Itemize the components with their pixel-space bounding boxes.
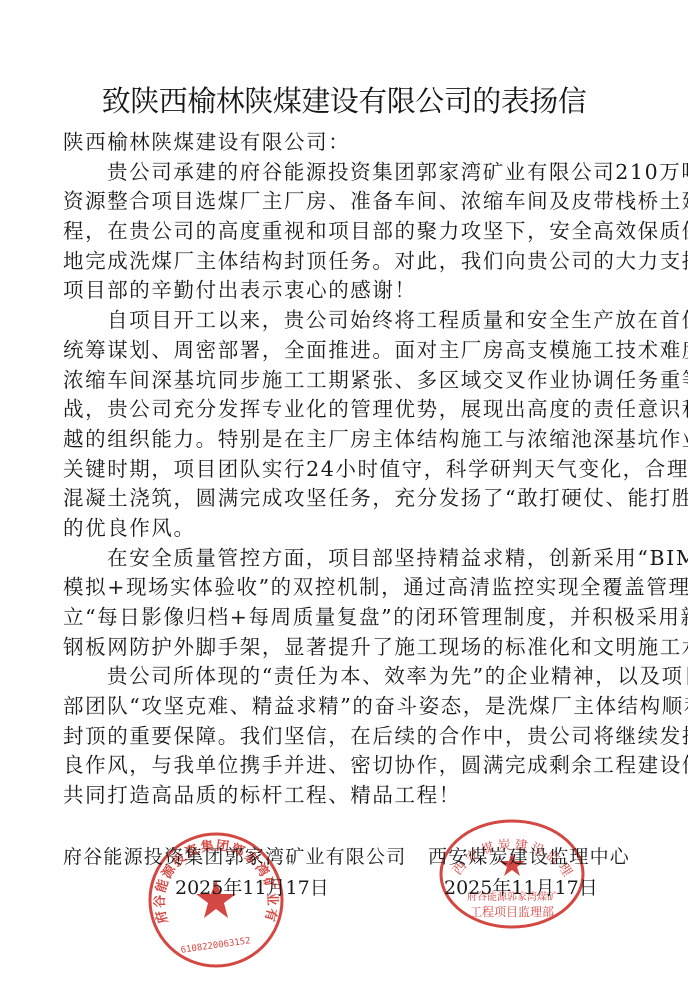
body-line: 钢板网防护外脚手架，显著提升了施工现场的标准化和文明施工水平。	[63, 633, 623, 663]
body-line: 资源整合项目选煤厂主厂房、准备车间、浓缩车间及皮带栈桥土建工	[63, 187, 623, 217]
body-line: 良作风，与我单位携手并进、密切协作，圆满完成剩余工程建设任务，	[63, 751, 623, 781]
body-line: 自项目开工以来，贵公司始终将工程质量和安全生产放在首位，	[63, 306, 623, 336]
body-line: 程，在贵公司的高度重视和项目部的聚力攻坚下，安全高效保质保量	[63, 217, 623, 247]
body-line: 部团队“攻坚克难、精益求精”的奋斗姿态，是洗煤厂主体结构顺利	[63, 692, 623, 722]
body-line: 贵公司承建的府谷能源投资集团郭家湾矿业有限公司210万吨/年	[63, 158, 623, 188]
body-line: 项目部的辛勤付出表示衷心的感谢！	[63, 276, 623, 306]
body-lines: 贵公司承建的府谷能源投资集团郭家湾矿业有限公司210万吨/年资源整合项目选煤厂主…	[63, 158, 623, 811]
body-line: 封顶的重要保障。我们坚信，在后续的合作中，贵公司将继续发扬优	[63, 722, 623, 752]
body-line: 越的组织能力。特别是在主厂房主体结构施工与浓缩池深基坑作业的	[63, 425, 623, 455]
seal-ellipse-icon: 西安煤炭建设监理中心 府谷能源郭家湾煤矿 工程项目监理部	[438, 818, 586, 930]
body-line: 战，贵公司充分发挥专业化的管理优势，展现出高度的责任意识和卓	[63, 395, 623, 425]
letter-title: 致陕西榆林陕煤建设有限公司的表扬信	[0, 84, 688, 118]
body-line: 贵公司所体现的“责任为本、效率为先”的企业精神，以及项目	[63, 662, 623, 692]
body-line: 关键时期，项目团队实行24小时值守，科学研判天气变化，合理安排	[63, 455, 623, 485]
body-line: 模拟+现场实体验收”的双控机制，通过高清监控实现全覆盖管理，建	[63, 573, 623, 603]
body-line: 的优良作风。	[63, 514, 623, 544]
company-seal-right: 西安煤炭建设监理中心 府谷能源郭家湾煤矿 工程项目监理部	[438, 818, 586, 930]
seal-inner-line-2: 工程项目监理部	[470, 904, 554, 919]
body-line: 在安全质量管控方面，项目部坚持精益求精，创新采用“BIM技术	[63, 544, 623, 574]
body-line: 混凝土浇筑，圆满完成攻坚任务，充分发扬了“敢打硬仗、能打胜仗”	[63, 484, 623, 514]
body-line: 浓缩车间深基坑同步施工工期紧张、多区域交叉作业协调任务重等挑	[63, 366, 623, 396]
body-line: 统筹谋划、周密部署，全面推进。面对主厂房高支模施工技术难度大、	[63, 336, 623, 366]
signature-right-date: 2025年11月17日	[444, 876, 598, 900]
body-line: 地完成洗煤厂主体结构封顶任务。对此，我们向贵公司的大力支持及	[63, 247, 623, 277]
signature-left-date: 2025年11月17日	[175, 876, 329, 900]
signature-right-organization: 西安煤炭建设监理中心	[428, 845, 630, 869]
letter-body: 陕西榆林陕煤建设有限公司： 贵公司承建的府谷能源投资集团郭家湾矿业有限公司210…	[63, 128, 623, 811]
seal-code: 6108220063152	[180, 936, 251, 956]
salutation: 陕西榆林陕煤建设有限公司：	[63, 128, 623, 158]
body-line: 共同打造高品质的标杆工程、精品工程！	[63, 781, 623, 811]
signature-left-organization: 府谷能源投资集团郭家湾矿业有限公司	[63, 845, 406, 869]
body-line: 立“每日影像归档+每周质量复盘”的闭环管理制度，并积极采用新型	[63, 603, 623, 633]
